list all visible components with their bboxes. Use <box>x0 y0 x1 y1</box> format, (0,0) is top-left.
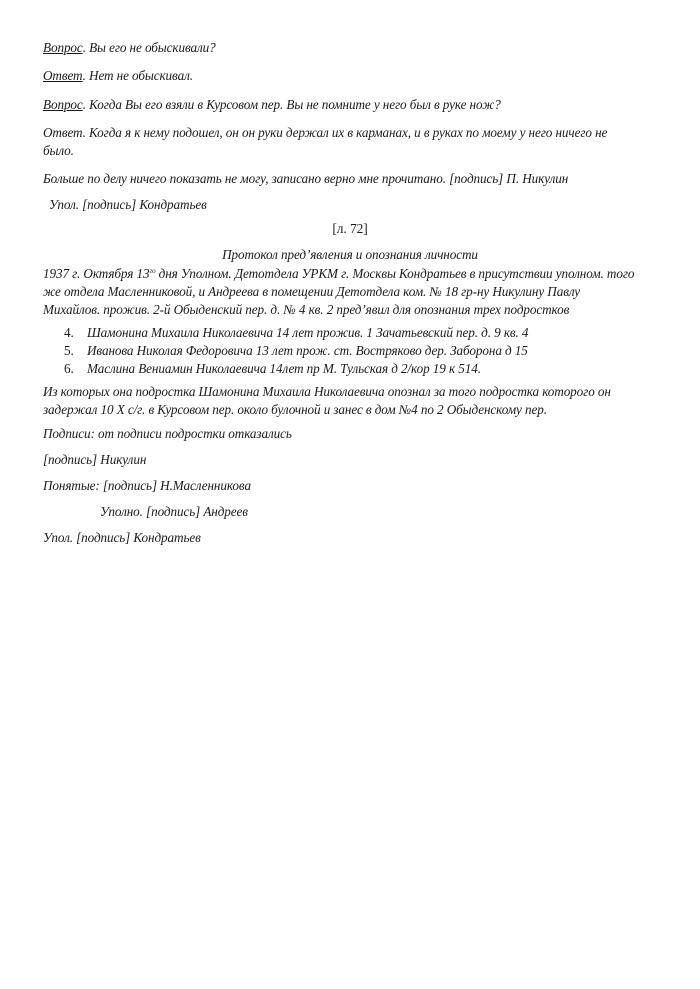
intro-date: 1937 г. Октября 13 <box>43 266 149 281</box>
list-text: Шамонина Михаила Николаевича 14 лет прож… <box>87 324 528 341</box>
list-number: 6. <box>64 360 74 377</box>
officer-signature-2: Упол. [подпись] Кондратьев <box>43 529 201 546</box>
question-label: Вопрос <box>43 97 83 112</box>
protocol-intro-line-2: же отдела Масленниковой, и Андреева в по… <box>43 283 580 300</box>
question-2: Вопрос. Когда Вы его взяли в Курсовом пе… <box>43 96 501 113</box>
answer-label: Ответ <box>43 68 83 83</box>
identification-line-2: задержал 10 X с/г. в Курсовом пер. около… <box>43 401 547 418</box>
question-label: Вопрос <box>43 40 83 55</box>
refusal-note: Подписи: от подписи подростки отказались <box>43 425 292 442</box>
protocol-title: Протокол пред’явления и опознания личнос… <box>0 246 700 263</box>
question-text: . Когда Вы его взяли в Курсовом пер. Вы … <box>83 97 501 112</box>
closing-statement: Больше по делу ничего показать не могу, … <box>43 170 568 187</box>
attesting-signature-2: Уполно. [подпись] Андреев <box>100 503 248 520</box>
list-text: Иванова Николая Федоровича 13 лет прож. … <box>87 342 528 359</box>
document-page: Вопрос. Вы его не обыскивали? Ответ. Нет… <box>0 0 700 989</box>
suspect-list-item: 4. Шамонина Михаила Николаевича 14 лет п… <box>43 324 663 341</box>
list-text: Маслина Вениамин Николаевича 14лет пр М.… <box>87 360 481 377</box>
question-1: Вопрос. Вы его не обыскивали? <box>43 39 216 56</box>
answer-2-line-1: Ответ. Когда я к нему подошел, он он рук… <box>43 124 607 141</box>
answer-1: Ответ. Нет не обыскивал. <box>43 67 193 84</box>
suspect-list-item: 5. Иванова Николая Федоровича 13 лет про… <box>43 342 663 359</box>
question-text: . Вы его не обыскивали? <box>83 40 216 55</box>
sheet-number: [л. 72] <box>0 220 700 237</box>
list-number: 5. <box>64 342 74 359</box>
witness-signature: [подпись] Никулин <box>43 451 146 468</box>
answer-2-line-2: было. <box>43 142 74 159</box>
answer-text: . Нет не обыскивал. <box>83 68 193 83</box>
suspect-list-item: 6. Маслина Вениамин Николаевича 14лет пр… <box>43 360 663 377</box>
list-number: 4. <box>64 324 74 341</box>
protocol-intro-line-1: 1937 г. Октября 13го дня Уполном. Детотд… <box>43 265 634 282</box>
officer-signature-1: Упол. [подпись] Кондратьев <box>49 196 207 213</box>
protocol-intro-line-3: Михайлов. прожив. 2-й Обыденский пер. д.… <box>43 301 569 318</box>
attesting-signature: Понятые: [подпись] Н.Масленникова <box>43 477 251 494</box>
intro-text: дня Уполном. Детотдела УРКМ г. Москвы Ко… <box>155 266 634 281</box>
identification-line-1: Из которых она подростка Шамонина Михаил… <box>43 383 611 400</box>
